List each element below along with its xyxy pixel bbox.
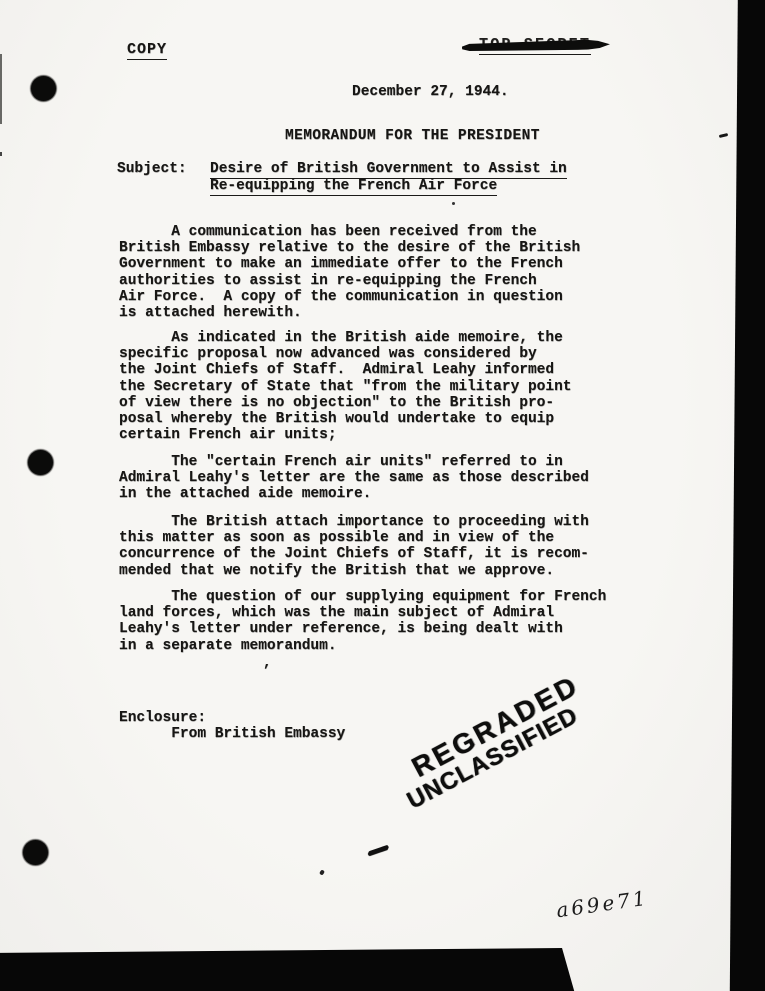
hole-punch-bottom bbox=[23, 840, 48, 865]
hole-punch-top bbox=[31, 76, 56, 101]
handwritten-note: a69e71 bbox=[555, 886, 650, 923]
body-line: the Secretary of State that "from the mi… bbox=[119, 379, 571, 395]
body-paragraph: The British attach importance to proceed… bbox=[119, 514, 589, 579]
memo-title: MEMORANDUM FOR THE PRESIDENT bbox=[285, 128, 540, 144]
scanned-memo-page: COPY TOP SECRET December 27, 1944. MEMOR… bbox=[0, 0, 765, 991]
hole-punch-middle bbox=[28, 450, 53, 475]
body-line: mended that we notify the British that w… bbox=[119, 563, 589, 579]
body-paragraph: A communication has been received from t… bbox=[119, 224, 580, 321]
regraded-unclassified-stamp: REGRADED UNCLASSIFIED bbox=[390, 667, 602, 813]
memo-date: December 27, 1944. bbox=[352, 84, 509, 100]
body-line: Government to make an immediate offer to… bbox=[119, 256, 580, 272]
body-line: A communication has been received from t… bbox=[119, 224, 580, 240]
copy-label: COPY bbox=[127, 42, 167, 60]
body-paragraph: The question of our supplying equipment … bbox=[119, 589, 606, 654]
body-paragraph: As indicated in the British aide memoire… bbox=[119, 330, 571, 443]
pen-dash-mark bbox=[719, 133, 728, 138]
subject-line-2: Re-equipping the French Air Force bbox=[210, 178, 497, 196]
body-line: British Embassy relative to the desire o… bbox=[119, 240, 580, 256]
body-line: of view there is no objection" to the Br… bbox=[119, 395, 571, 411]
stray-comma-mark: , bbox=[263, 655, 271, 671]
body-line: Admiral Leahy's letter are the same as t… bbox=[119, 470, 589, 486]
enclosure-source: From British Embassy bbox=[119, 726, 345, 742]
body-line: this matter as soon as possible and in v… bbox=[119, 530, 589, 546]
subject-line-1: Desire of British Government to Assist i… bbox=[210, 161, 567, 179]
enclosure-block: Enclosure: From British Embassy bbox=[119, 710, 345, 742]
body-line: authorities to assist in re-equipping th… bbox=[119, 273, 580, 289]
body-line: The British attach importance to proceed… bbox=[119, 514, 589, 530]
scan-bar-bottom bbox=[0, 945, 580, 991]
body-line: The "certain French air units" referred … bbox=[119, 454, 589, 470]
body-line: posal whereby the British would undertak… bbox=[119, 411, 571, 427]
body-line: As indicated in the British aide memoire… bbox=[119, 330, 571, 346]
pen-squiggle-mark bbox=[368, 845, 389, 855]
scan-edge-left-line bbox=[0, 54, 2, 124]
scan-speck bbox=[0, 152, 2, 156]
body-line: land forces, which was the main subject … bbox=[119, 605, 606, 621]
body-line: The question of our supplying equipment … bbox=[119, 589, 606, 605]
body-line: in the attached aide memoire. bbox=[119, 486, 589, 502]
pen-speck-mark bbox=[319, 869, 325, 875]
body-line: certain French air units; bbox=[119, 427, 571, 443]
scan-dot bbox=[452, 202, 455, 205]
scan-edge-right bbox=[725, 0, 765, 991]
body-line: is attached herewith. bbox=[119, 305, 580, 321]
body-line: Leahy's letter under reference, is being… bbox=[119, 621, 606, 637]
body-line: Air Force. A copy of the communication i… bbox=[119, 289, 580, 305]
body-line: in a separate memorandum. bbox=[119, 638, 606, 654]
enclosure-label: Enclosure: bbox=[119, 710, 345, 726]
body-line: the Joint Chiefs of Staff. Admiral Leahy… bbox=[119, 362, 571, 378]
body-line: specific proposal now advanced was consi… bbox=[119, 346, 571, 362]
body-paragraph: The "certain French air units" referred … bbox=[119, 454, 589, 503]
body-line: concurrence of the Joint Chiefs of Staff… bbox=[119, 546, 589, 562]
subject-label: Subject: bbox=[117, 161, 187, 177]
